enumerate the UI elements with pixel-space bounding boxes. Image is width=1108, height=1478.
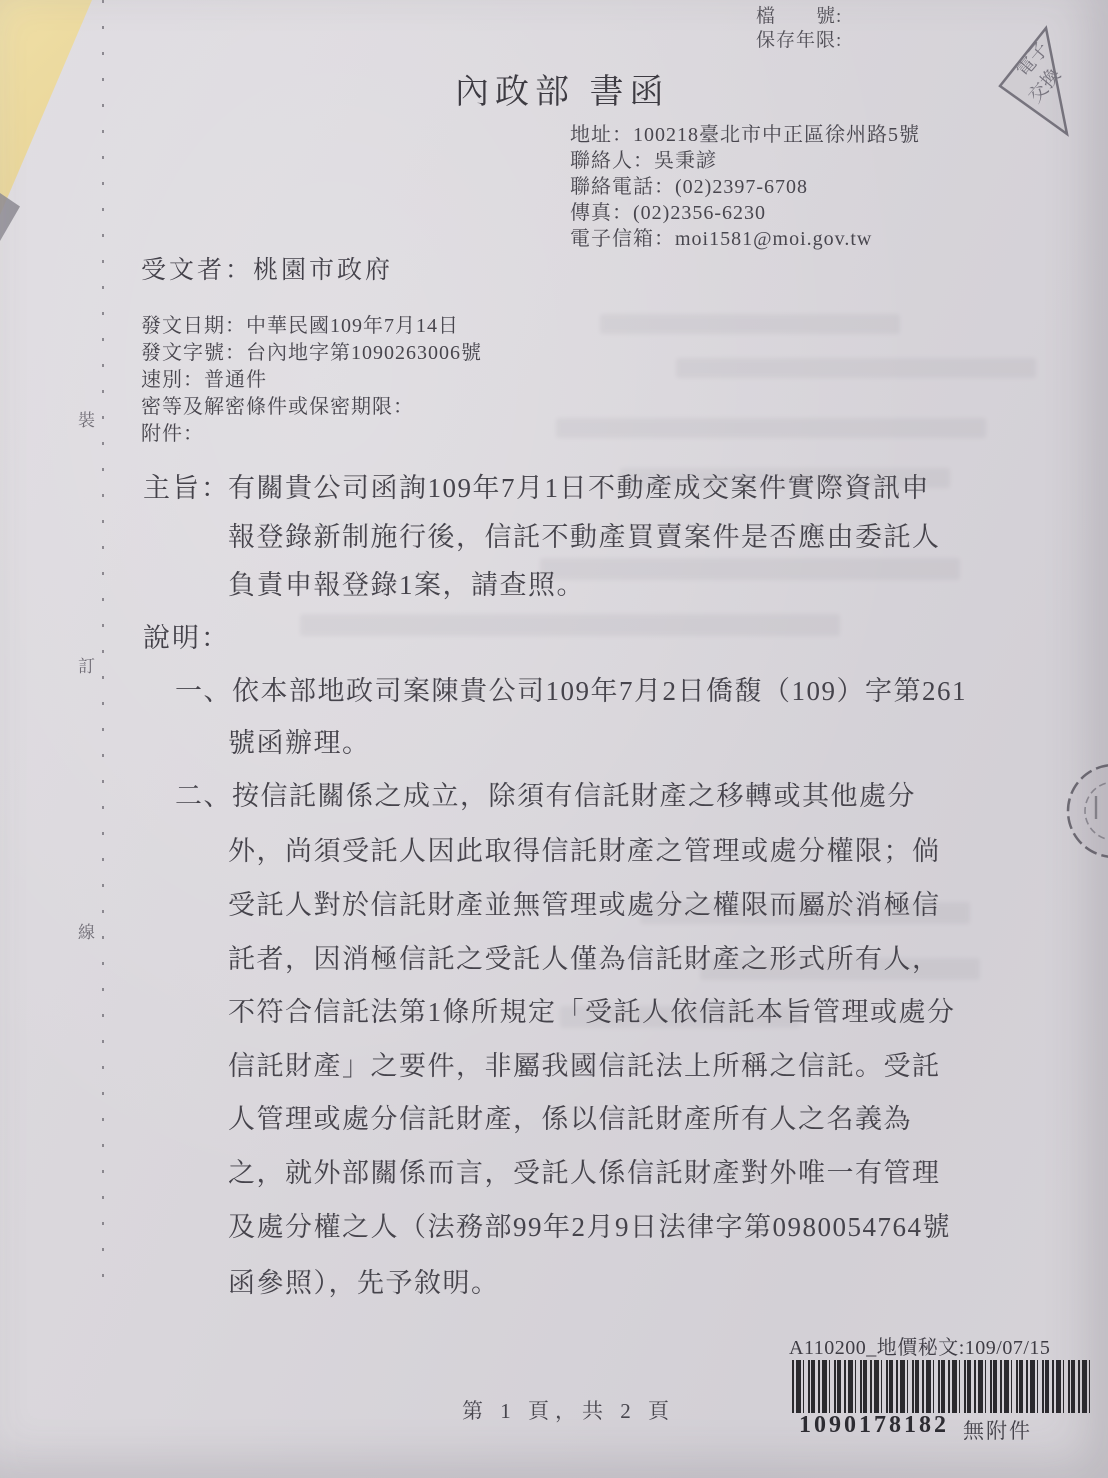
ink-bleedthrough: [556, 418, 986, 438]
electronic-exchange-stamp: 電子 交換: [975, 12, 1105, 157]
explanation-line: 信託財產」之要件，非屬我國信託法上所稱之信託。受託: [228, 1044, 941, 1083]
explanation-line: 外，尚須受託人因此取得信託財產之管理或處分權限；倘: [228, 829, 941, 868]
explanation-line: 不符合信託法第1條所規定「受託人依信託本旨管理或處分: [228, 990, 956, 1029]
recipient-line: 受文者：桃園市政府: [141, 250, 393, 286]
explanation-line: 及處分權之人（法務部99年2月9日法律字第0980054764號: [228, 1205, 951, 1244]
explanation-line: 人管理或處分信託財產，係以信託財產所有人之名義為: [228, 1097, 912, 1136]
meta-attachment: 附件：: [141, 417, 204, 446]
contact-address: 地址：100218臺北市中正區徐州路5號: [570, 118, 920, 147]
explanation-line: 函參照），先予敘明。: [228, 1261, 500, 1300]
document-title: 內政部 書函: [455, 64, 670, 113]
contact-phone: 聯絡電話：(02)2397-6708: [570, 170, 808, 199]
meta-security: 密等及解密條件或保密期限：: [141, 390, 414, 419]
retention-label: 保存年限:: [756, 25, 842, 52]
contact-fax: 傳真：(02)2356-6230: [570, 196, 766, 225]
explanation-line: 一、依本部地政司案陳貴公司109年7月2日僑馥（109）字第261: [175, 669, 967, 708]
explanation-line: 受託人對於信託財產並無管理或處分之權限而屬於消極信: [228, 883, 941, 922]
file-number-label: 檔 號:: [756, 1, 842, 28]
page-number: 第 1 頁，共 2 頁: [462, 1395, 675, 1425]
folder-corner: [0, 0, 100, 215]
binding-dotted-line: [102, 0, 104, 1300]
explanation-line: 二、按信託關係之成立，除須有信託財產之移轉或其他處分: [175, 774, 916, 813]
barcode: [792, 1360, 1093, 1413]
explanation-line: 之，就外部關係而言，受託人係信託財產對外唯一有管理: [228, 1151, 941, 1190]
explanation-label: 說明：: [143, 616, 230, 655]
scanned-official-letter: 裝 訂 線 檔 號: 保存年限: 電子 交換 內政部 書函 地址：100218臺…: [0, 0, 1108, 1478]
subject-line: 負責申報登錄1案，請查照。: [228, 563, 585, 602]
partial-seal-stamp: [1050, 756, 1108, 871]
ink-bleedthrough: [540, 558, 960, 580]
meta-priority: 速別：普通件: [141, 363, 267, 392]
ink-bleedthrough: [600, 314, 900, 334]
margin-char-ding: 訂: [78, 652, 95, 677]
scan-vignette: [0, 0, 1108, 1478]
contact-email: 電子信箱：moi1581@moi.gov.tw: [570, 222, 872, 251]
margin-char-xian: 線: [78, 918, 95, 943]
ink-bleedthrough: [300, 614, 840, 636]
attachment-note: 無附件: [963, 1415, 1032, 1445]
meta-issue-date: 發文日期：中華民國109年7月14日: [141, 309, 459, 338]
explanation-line: 託者，因消極信託之受託人僅為信託財產之形式所有人，: [228, 937, 941, 976]
barcode-number: 1090178182: [799, 1412, 949, 1439]
margin-char-zhuang: 裝: [78, 406, 95, 431]
barcode-label: A110200_地價秘文:109/07/15: [789, 1331, 1050, 1360]
contact-person: 聯絡人：吳秉諺: [570, 144, 717, 173]
ink-bleedthrough: [676, 358, 1036, 378]
subject-line: 報登錄新制施行後，信託不動產買賣案件是否應由委託人: [228, 515, 941, 554]
meta-doc-number: 發文字號：台內地字第1090263006號: [141, 336, 482, 365]
subject-line: 有關貴公司函詢109年7月1日不動產成交案件實際資訊申: [228, 466, 930, 505]
explanation-line: 號函辦理。: [228, 721, 371, 760]
folder-corner-shadow: [0, 193, 20, 241]
subject-label: 主旨：: [143, 466, 230, 505]
